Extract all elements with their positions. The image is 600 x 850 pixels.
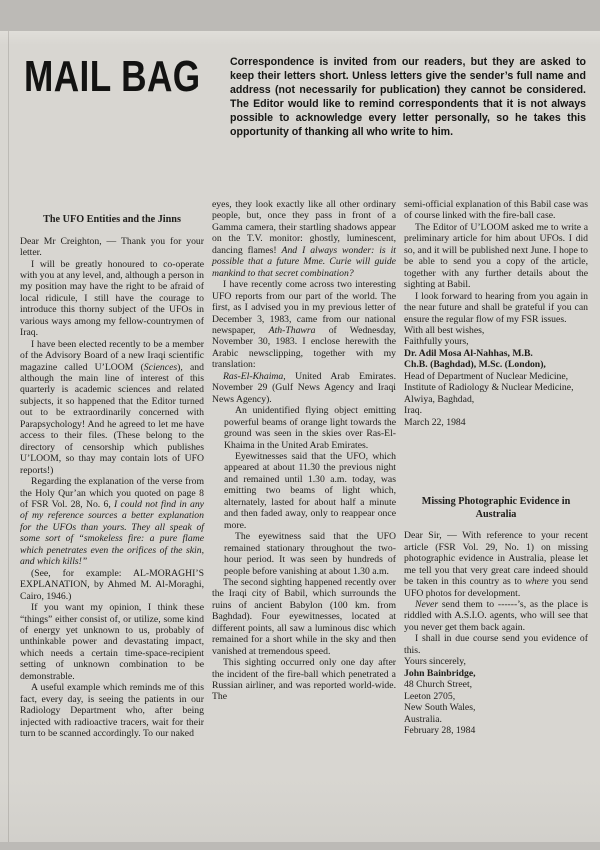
paragraph: I will be greatly honoured to co-operate… (20, 259, 204, 339)
column-gap (20, 199, 204, 214)
text-segment: The Editor of U’LOOM asked me to write a… (404, 222, 588, 290)
signature-line: Yours sincerely, (404, 656, 588, 667)
paragraph: The Editor of U’LOOM asked me to write a… (404, 222, 588, 291)
text-segment: Yours sincerely, (404, 656, 466, 667)
signature-line: Dr. Adil Mosa Al-Nahhas, M.B. (404, 348, 588, 359)
text-segment: Sciences (144, 362, 177, 373)
signature-line: Ch.B. (Baghdad), M.Sc. (London), (404, 359, 588, 370)
signature-line: February 28, 1984 (404, 725, 588, 736)
paragraph: Ras-El-Khaima, United Arab Emirates. Nov… (212, 371, 396, 405)
text-segment: Head of Department of Nuclear Medicine, (404, 371, 568, 382)
page-title: MAIL BAG (24, 55, 189, 99)
signature-line: March 22, 1984 (404, 417, 588, 428)
letter-columns: The UFO Entities and the JinnsDear Mr Cr… (20, 199, 588, 740)
text-segment: A useful example which reminds me of thi… (20, 682, 204, 739)
magazine-page: MAIL BAG Correspondence is invited from … (0, 31, 600, 842)
page-fold-line (8, 31, 9, 842)
paragraph: Dear Sir, — With reference to your recen… (404, 530, 588, 599)
paragraph: If you want my opinion, I think these “t… (20, 602, 204, 682)
signature-line: Leeton 2705, (404, 691, 588, 702)
text-segment: An unidentified flying object emitting p… (224, 405, 396, 450)
text-segment: Missing Photographic Evidence in Austral… (422, 496, 571, 520)
paragraph: I look forward to hearing from you again… (404, 291, 588, 325)
text-segment: New South Wales, (404, 702, 475, 713)
paragraph: I have recently come across two interest… (212, 279, 396, 371)
signature-line: Australia. (404, 714, 588, 725)
text-segment: Faithfully yours, (404, 336, 469, 347)
text-segment: Ras-El-Khaima (223, 371, 283, 382)
text-segment: John Bainbridge, (404, 668, 476, 679)
scanned-magazine-page: { "page": { "title": "MAIL BAG", "intro"… (0, 0, 600, 850)
text-column-3: semi-official explanation of this Babil … (404, 199, 588, 740)
signature-line: Institute of Radiology & Nuclear Medicin… (404, 382, 588, 393)
text-segment: This sighting occurred only one day afte… (212, 657, 396, 702)
column-gap (404, 428, 588, 496)
text-column-2: eyes, they look exactly like all other o… (212, 199, 396, 740)
text-column-1: The UFO Entities and the JinnsDear Mr Cr… (20, 199, 204, 740)
text-segment: ), and although the main line of interes… (20, 362, 204, 476)
text-segment: The second sighting happened recently ov… (212, 577, 396, 657)
text-segment: Australia. (404, 714, 442, 725)
text-segment: Eyewitnesses said that the UFO, which ap… (224, 451, 396, 531)
text-segment: Never (415, 599, 438, 610)
text-segment: February 28, 1984 (404, 725, 475, 736)
text-segment: Ath-Thawra (269, 325, 316, 336)
text-segment: where (525, 576, 548, 587)
paragraph: (See, for example: AL-MORAGHI’S EXPLANAT… (20, 568, 204, 602)
paragraph: This sighting occurred only one day afte… (212, 657, 396, 703)
mailbag-intro-text: Correspondence is invited from our reade… (230, 55, 586, 140)
signature-line: Alwiya, Baghdad, (404, 394, 588, 405)
text-segment: Institute of Radiology & Nuclear Medicin… (404, 382, 574, 393)
paragraph: Dear Mr Creighton, — Thank you for your … (20, 236, 204, 259)
text-segment: The eyewitness said that the UFO remaine… (224, 531, 396, 576)
paragraph: Never send them to ------’s, as the plac… (404, 599, 588, 633)
text-segment: semi-official explanation of this Babil … (404, 199, 588, 221)
text-segment: The UFO Entities and the Jinns (43, 214, 181, 225)
signature-line: John Bainbridge, (404, 668, 588, 679)
paragraph: A useful example which reminds me of thi… (20, 682, 204, 739)
quote-paragraph: An unidentified flying object emitting p… (224, 405, 396, 451)
signature-line: 48 Church Street, (404, 679, 588, 690)
paragraph: semi-official explanation of this Babil … (404, 199, 588, 222)
text-segment: Alwiya, Baghdad, (404, 394, 474, 405)
text-segment: Dr. Adil Mosa Al-Nahhas, M.B. (404, 348, 533, 359)
text-segment: Leeton 2705, (404, 691, 455, 702)
paragraph: I shall in due course send you evidence … (404, 633, 588, 656)
text-segment: 48 Church Street, (404, 679, 472, 690)
text-segment: Iraq. (404, 405, 422, 416)
signature-line: With all best wishes, (404, 325, 588, 336)
paragraph: The second sighting happened recently ov… (212, 577, 396, 657)
text-segment: I will be greatly honoured to co-operate… (20, 259, 204, 339)
text-segment: If you want my opinion, I think these “t… (20, 602, 204, 682)
paragraph: eyes, they look exactly like all other o… (212, 199, 396, 279)
paragraph: I have been elected recently to be a mem… (20, 339, 204, 476)
text-segment: I shall in due course send you evidence … (404, 633, 588, 655)
quote-paragraph: Eyewitnesses said that the UFO, which ap… (224, 451, 396, 531)
signature-line: New South Wales, (404, 702, 588, 713)
text-segment: Dear Mr Creighton, — Thank you for your … (20, 236, 204, 258)
quote-paragraph: The eyewitness said that the UFO remaine… (224, 531, 396, 577)
signature-line: Head of Department of Nuclear Medicine, (404, 371, 588, 382)
page-header: MAIL BAG Correspondence is invited from … (24, 55, 586, 140)
masthead-container: MAIL BAG (24, 55, 230, 140)
signature-line: Faithfully yours, (404, 336, 588, 347)
text-segment: I look forward to hearing from you again… (404, 291, 588, 325)
letter-heading: The UFO Entities and the Jinns (20, 214, 204, 227)
letter-heading: Missing Photographic Evidence in Austral… (404, 496, 588, 521)
text-segment: (See, for example: AL-MORAGHI’S EXPLANAT… (20, 568, 204, 602)
signature-line: Iraq. (404, 405, 588, 416)
text-segment: With all best wishes, (404, 325, 484, 336)
text-segment: Ch.B. (Baghdad), M.Sc. (London), (404, 359, 546, 370)
paragraph: Regarding the explanation of the verse f… (20, 476, 204, 568)
text-segment: March 22, 1984 (404, 417, 466, 428)
